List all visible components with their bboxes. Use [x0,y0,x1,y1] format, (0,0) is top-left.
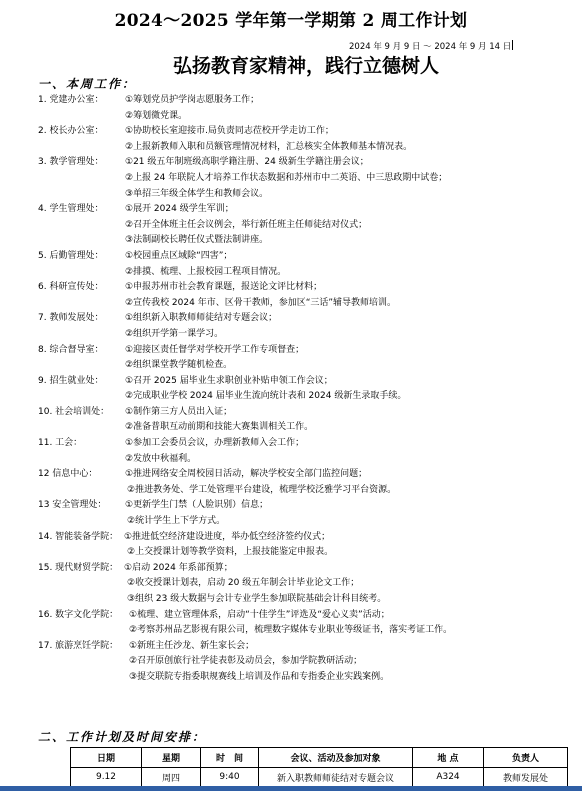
task-item: ①梳理、建立管理体系，启动“十佳学生”评选及“爱心义卖”活动； [129,608,390,624]
department-name: 11. 工会： [38,436,125,452]
list-item: ②推进教务处、学工处管理平台建设，梳理学校泛雅学习平台资源。 [38,483,578,499]
schedule-table: 日期 星期 时 间 会议、活动及参加对象 地 点 负责人 9.12 周四 9:4… [70,747,568,787]
column-header-time: 时 间 [201,748,259,768]
list-item: 7. 教师发展处：①组织新入职教师师徒结对专题会议； [38,311,578,327]
task-item: ③提交联院专指委职规赛线上培训及作品和专指委企业实践案例。 [129,670,389,686]
department-name: 8. 综合督导室： [38,343,125,359]
table-row: 9.12 周四 9:40 新入职教师师徒结对专题会议 A324 教师发展处 [71,768,568,787]
task-item: ②召开全体班主任会议例会，举行新任班主任师徒结对仪式； [125,218,367,234]
list-item: 2. 校长办公室：①协助校长室迎接市.局负责同志莅校开学走访工作； [38,124,578,140]
department-name: 4. 学生管理处： [38,202,125,218]
task-item: ②准备普职互动前期和技能大赛集训相关工作。 [125,420,313,436]
task-item: ①迎接区责任督学对学校开学工作专项督查； [125,343,304,359]
list-item: ②收交授课计划表，启动 20 级五年制会计毕业论文工作； [38,576,578,592]
list-item: ②组织课堂教学随机检查。 [38,358,578,374]
list-item: 11. 工会：①参加工会委员会议，办理新教师入会工作； [38,436,578,452]
list-item: 10. 社会培训处：①制作第三方人员出入证； [38,405,578,421]
text-cursor [512,40,513,50]
column-header-weekday: 星期 [142,748,201,768]
task-item: ①推进网络安全周校园日活动，解决学校安全部门监控问题； [125,467,367,483]
task-item: ③法制副校长聘任仪式暨法制讲座。 [125,233,268,249]
task-item: ②排摸、梳理、上报校园工程项目情况。 [125,265,286,281]
list-item: ②上报 24 年联院人才培养工作状态数据和苏州市中二英语、中三思政期中试卷； [38,171,578,187]
section-heading-weekly-work: 一、本周工作： [38,75,136,92]
page-title: 2024～2025 学年第一学期第 2 周工作计划 [0,6,582,31]
list-item: 6. 科研宣传处：①申报苏州市社会教育课题，报送论文评比材料； [38,280,578,296]
list-item: 3. 教学管理处：①21 级五年制班级高职学籍注册、24 级新生学籍注册会议； [38,155,578,171]
task-item: ①更新学生门禁（人脸识别）信息； [125,498,268,514]
department-name: 16. 数字文化学院： [38,608,129,624]
task-item: ②上交授课计划等教学资料，上报技能鉴定申报表。 [127,545,333,561]
list-item: ②上交授课计划等教学资料，上报技能鉴定申报表。 [38,545,578,561]
task-item: ②推进教务处、学工处管理平台建设，梳理学校泛雅学习平台资源。 [127,483,396,499]
section-heading-schedule: 二、工作计划及时间安排： [38,728,206,745]
list-item: ②排摸、梳理、上报校园工程项目情况。 [38,265,578,281]
department-name: 13 安全管理处： [38,498,125,514]
department-name: 5. 后勤管理处： [38,249,125,265]
list-item: ②上报新教师入职和员额管理情况材料，汇总核实全体教师基本情况表。 [38,140,578,156]
column-header-owner: 负责人 [484,748,568,768]
department-name: 2. 校长办公室： [38,124,125,140]
department-name: 17. 旅游烹饪学院： [38,639,129,655]
weekly-work-list: 1. 党建办公室：①筹划党员护学岗志愿服务工作； ②筹划微党课。 2. 校长办公… [38,93,578,686]
task-item: ②发放中秋福利。 [125,452,196,468]
column-header-date: 日期 [71,748,142,768]
task-item: ①展开 2024 级学生军训； [125,202,234,218]
list-item: ③法制副校长聘任仪式暨法制讲座。 [38,233,578,249]
list-item: ②考察苏州品艺影视有限公司，梳理数字媒体专业职业等级证书，落实考证工作。 [38,623,578,639]
list-item: ③提交联院专指委职规赛线上培训及作品和专指委企业实践案例。 [38,670,578,686]
list-item: 16. 数字文化学院：①梳理、建立管理体系，启动“十佳学生”评选及“爱心义卖”活… [38,608,578,624]
task-item: ②召开原创旅行社学徒表彰及动员会，参加学院教研活动； [129,654,362,670]
department-name: 3. 教学管理处： [38,155,125,171]
task-item: ②宣传我校 2024 年市、区骨干教师，参加区“三话”辅导教师培训。 [125,296,396,312]
column-header-location: 地 点 [413,748,484,768]
task-item: ①新班主任沙龙、新生家长会； [129,639,254,655]
cell-time: 9:40 [201,768,259,787]
list-item: 1. 党建办公室：①筹划党员护学岗志愿服务工作； [38,93,578,109]
list-item: 17. 旅游烹饪学院：①新班主任沙龙、新生家长会； [38,639,578,655]
motto-heading: 弘扬教育家精神，践行立德树人 [0,51,582,78]
list-item: ③单招三年级全体学生和教师会议。 [38,187,578,203]
cell-weekday: 周四 [142,768,201,787]
task-item: ②考察苏州品艺影视有限公司，梳理数字媒体专业职业等级证书，落实考证工作。 [129,623,452,639]
task-item: ②上报新教师入职和员额管理情况材料，汇总核实全体教师基本情况表。 [125,140,412,156]
list-item: ②筹划微党课。 [38,109,578,125]
task-item: ①组织新入职教师师徒结对专题会议； [125,311,277,327]
task-item: ③组织 23 级大数据与会计专业学生参加联院基础会计科目统考。 [127,592,386,608]
task-item: ②统计学生上下学方式。 [127,514,225,530]
task-item: ①校园重点区域除“四害”； [125,249,232,265]
task-item: ①启动 2024 年系部预算； [124,561,233,577]
task-item: ①筹划党员护学岗志愿服务工作； [125,93,259,109]
cell-event: 新入职教师师徒结对专题会议 [259,768,413,787]
list-item: ②发放中秋福利。 [38,452,578,468]
list-item: ②完成职业学校 2024 届毕业生流向统计表和 2024 级新生录取手续。 [38,389,578,405]
table-header-row: 日期 星期 时 间 会议、活动及参加对象 地 点 负责人 [71,748,568,768]
department-name: 9. 招生就业处： [38,374,125,390]
department-name: 7. 教师发展处： [38,311,125,327]
window-bottom-bar [0,786,582,791]
list-item: 12 信息中心：①推进网络安全周校园日活动，解决学校安全部门监控问题； [38,467,578,483]
list-item: ②宣传我校 2024 年市、区骨干教师，参加区“三话”辅导教师培训。 [38,296,578,312]
task-item: ①推进低空经济建设进度，举办低空经济签约仪式； [124,530,330,546]
list-item: ②准备普职互动前期和技能大赛集训相关工作。 [38,420,578,436]
task-item: ①制作第三方人员出入证； [125,405,232,421]
department-name: 6. 科研宣传处： [38,280,125,296]
task-item: ②组织课堂教学随机检查。 [125,358,232,374]
cell-location: A324 [413,768,484,787]
column-header-event: 会议、活动及参加对象 [259,748,413,768]
list-item: 13 安全管理处：①更新学生门禁（人脸识别）信息； [38,498,578,514]
list-item: 8. 综合督导室：①迎接区责任督学对学校开学工作专项督查； [38,343,578,359]
task-item: ①申报苏州市社会教育课题，报送论文评比材料； [125,280,322,296]
list-item: ②统计学生上下学方式。 [38,514,578,530]
list-item: ③组织 23 级大数据与会计专业学生参加联院基础会计科目统考。 [38,592,578,608]
list-item: ②召开全体班主任会议例会，举行新任班主任师徒结对仪式； [38,218,578,234]
task-item: ①参加工会委员会议，办理新教师入会工作； [125,436,304,452]
department-name: 1. 党建办公室： [38,93,125,109]
list-item: ②组织开学第一课学习。 [38,327,578,343]
task-item: ②完成职业学校 2024 届毕业生流向统计表和 2024 级新生录取手续。 [125,389,406,405]
task-item: ①召开 2025 届毕业生求职创业补贴申领工作会议； [125,374,333,390]
department-name: 14. 智能装备学院： [38,530,124,546]
list-item: ②召开原创旅行社学徒表彰及动员会，参加学院教研活动； [38,654,578,670]
task-item: ①21 级五年制班级高职学籍注册、24 级新生学籍注册会议； [125,155,369,171]
task-item: ②上报 24 年联院人才培养工作状态数据和苏州市中二英语、中三思政期中试卷； [125,171,447,187]
list-item: 15. 现代财贸学院：①启动 2024 年系部预算； [38,561,578,577]
cell-date: 9.12 [71,768,142,787]
list-item: 4. 学生管理处：①展开 2024 级学生军训； [38,202,578,218]
department-name: 10. 社会培训处： [38,405,125,421]
department-name: 15. 现代财贸学院： [38,561,124,577]
task-item: ②组织开学第一课学习。 [125,327,223,343]
list-item: 14. 智能装备学院：①推进低空经济建设进度，举办低空经济签约仪式； [38,530,578,546]
list-item: 9. 招生就业处：①召开 2025 届毕业生求职创业补贴申领工作会议； [38,374,578,390]
task-item: ②筹划微党课。 [125,109,187,125]
list-item: 5. 后勤管理处：①校园重点区域除“四害”； [38,249,578,265]
cell-owner: 教师发展处 [484,768,568,787]
task-item: ③单招三年级全体学生和教师会议。 [125,187,268,203]
task-item: ②收交授课计划表，启动 20 级五年制会计毕业论文工作； [127,576,359,592]
department-name: 12 信息中心： [38,467,125,483]
task-item: ①协助校长室迎接市.局负责同志莅校开学走访工作； [125,124,334,140]
